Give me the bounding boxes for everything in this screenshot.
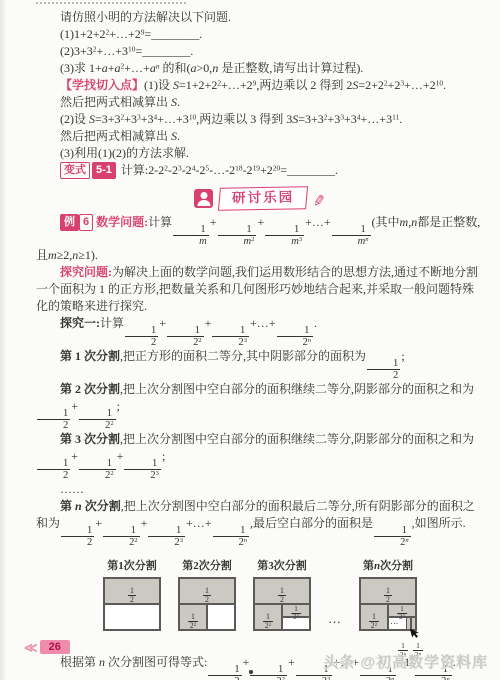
figure-panel-n: 第n次分割 12 122 123 … 12n 12n: [359, 558, 417, 631]
intro-item-2: (2)3+32+…+310=________.: [36, 43, 484, 60]
page-number: 26: [40, 640, 70, 654]
intro-lead: 请仿照小明的方法解决以下问题.: [36, 9, 484, 26]
shaded-eighth-cell: 123: [282, 604, 310, 617]
example-paragraph: 例6 数学问题:计算1m+1m2+1m3+…+1mn(其中m,n都是正整数,且m…: [36, 214, 484, 264]
square-diagram-n: 12 122 123 …: [359, 577, 417, 631]
blank-eighth-cell: [282, 617, 310, 630]
variant-number: 5-1: [92, 162, 116, 179]
figure-ellipsis: …: [328, 610, 342, 627]
shaded-quarter-cell: 122: [254, 604, 282, 630]
person-icon: [194, 189, 213, 208]
shaded-half-cell: 12: [179, 578, 235, 604]
hint-line-4: 然后把两式相减算出 S.: [36, 128, 484, 145]
explore1-expression: 计算12+122+123+…+12n.: [100, 316, 317, 330]
cell-fraction: 12: [383, 577, 393, 604]
step-n-lead: 第 n 次分割: [60, 499, 121, 513]
page-content: 请仿照小明的方法解决以下问题. (1)1+2+22+…+29=________.…: [0, 0, 500, 680]
hint-first-line: (1)设 S=1+2+22+…+29,两边乘以 2 得到 2S=2+22+23+…: [144, 78, 446, 92]
hint-paragraph-1: 【学找切入点】(1)设 S=1+2+22+…+29,两边乘以 2 得到 2S=2…: [36, 77, 484, 94]
square-diagram-1: 12: [103, 577, 161, 631]
panel-3-label: 第3次分割: [257, 558, 307, 575]
example-heading: 数学问题:: [96, 215, 148, 229]
figure-panel-2: 第2次分割 12 122: [178, 558, 236, 631]
inquiry-paragraph: 探究问题:为解决上面的数学问题,我们运用数形结合的思想方法,通过不断地分割一个面…: [36, 264, 484, 315]
banner-title-frame: 研讨乐园: [218, 186, 308, 211]
cell-fraction: 12: [277, 577, 287, 604]
figure-panel-1: 第1次分割 12: [103, 558, 161, 631]
step-1-lead: 第 1 次分割: [60, 349, 120, 363]
chevron-marker-icon: ≪: [24, 641, 38, 654]
variant-tag: 变式: [60, 162, 90, 179]
panel-1-label: 第1次分割: [107, 558, 157, 575]
step-1-text: ,把正方形的面积二等分,其中阴影部分的面积为12;: [120, 349, 405, 363]
person-icon-head: [200, 192, 207, 199]
blank-quarter-cell: [207, 604, 235, 630]
discussion-banner: 研讨乐园 ✎: [36, 186, 484, 211]
variant-expression: 计算:2-22-23-24-25-…-218-219+220=________.: [121, 163, 338, 177]
watermark-text: 头条 @初高数学资料库: [323, 651, 488, 672]
in-square-dots: …: [390, 618, 399, 626]
variant-row: 变式5-1 计算:2-22-23-24-25-…-218-219+220=___…: [36, 162, 484, 179]
intro-item-1: (1)1+2+22+…+29=________.: [36, 26, 484, 43]
intro-item-3: (3)求 1+a+a2+…+an 的和(a>0,n 是正整数,请写出计算过程).: [36, 60, 484, 77]
shaded-eighth-cell: 123: [388, 604, 416, 617]
figure-panel-3: 第3次分割 12 122 123: [253, 558, 311, 631]
person-icon-body: [197, 200, 210, 206]
shaded-quarter-cell: 122: [179, 604, 207, 630]
cell-fraction: 122: [262, 603, 274, 630]
pencil-icon: ✎: [312, 193, 327, 212]
step-3-paragraph: 第 3 次分割,把上次分割图中空白部分的面积继续二等分,阴影部分的面积之和为12…: [36, 431, 484, 481]
cell-fraction: 122: [368, 603, 380, 630]
continuation-dots: ……: [36, 481, 484, 498]
hint-line-3: (2)设 S=3+32+33+34+…+310,两边乘以 3 得到 3S=3+3…: [36, 111, 484, 128]
inquiry-heading: 探究问题:: [60, 265, 112, 279]
step-2-lead: 第 2 次分割: [60, 382, 120, 396]
page-dot: [249, 670, 253, 674]
step-3-lead: 第 3 次分割: [60, 432, 120, 446]
step-n-paragraph: 第 n 次分割,把上次分割图中空白部分的面积最后二等分,所有阴影部分的面积之和为…: [36, 498, 484, 548]
hint-line-5: (3)利用(1)(2)的方法求解.: [36, 145, 484, 162]
blank-half-cell: [104, 604, 160, 630]
shaded-quarter-cell: 122: [360, 604, 388, 630]
partition-figure: 第1次分割 12 第2次分割 12 122 第3次分割 12 122: [36, 558, 484, 654]
panel-2-label: 第2次分割: [182, 558, 232, 575]
cell-fraction: 122: [187, 603, 199, 630]
page-number-badge: ≪ 26: [24, 640, 70, 654]
panel-n-label: 第n次分割: [363, 558, 413, 575]
hint-label: 【学找切入点】: [60, 78, 144, 92]
step-2-paragraph: 第 2 次分割,把上次分割图中空白部分的面积继续二等分,阴影部分的面积之和为12…: [36, 381, 484, 431]
shaded-half-cell: 12: [104, 578, 160, 604]
step-1-paragraph: 第 1 次分割,把正方形的面积二等分,其中阴影部分的面积为12;: [36, 348, 484, 381]
textbook-page: 请仿照小明的方法解决以下问题. (1)1+2+22+…+29=________.…: [0, 0, 500, 680]
explore1-paragraph: 探究一:计算12+122+123+…+12n.: [36, 315, 484, 348]
banner-title: 研讨乐园: [232, 188, 294, 206]
square-diagram-2: 12 122: [178, 577, 236, 631]
example-tag: 例: [60, 214, 79, 231]
example-number: 6: [79, 214, 93, 231]
square-diagram-3: 12 122 123: [253, 577, 311, 631]
cell-fraction: 12: [202, 577, 212, 604]
hint-line-2: 然后把两式相减算出 S.: [36, 94, 484, 111]
explore1-heading: 探究一:: [60, 316, 100, 330]
cell-fraction: 12: [127, 577, 137, 604]
